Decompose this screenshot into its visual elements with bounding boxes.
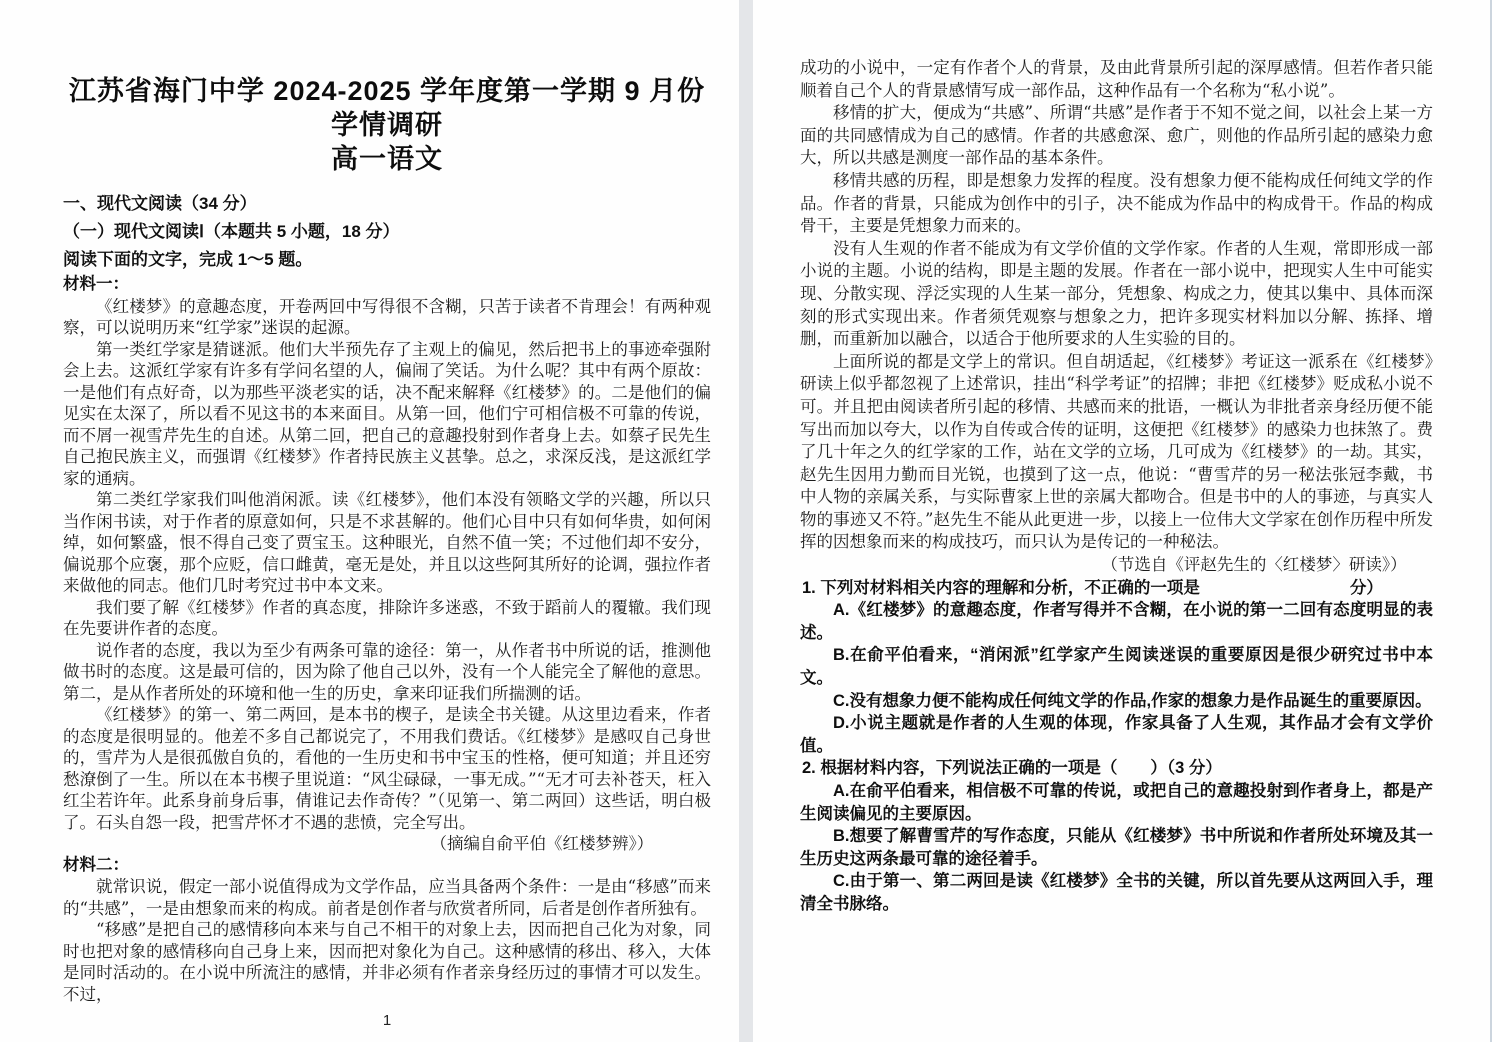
question-option: B.在俞平伯看来，“消闲派”红学家产生阅读迷误的重要原因是很少研究过书中本文。 — [800, 644, 1433, 689]
question-1-stem-text: 1. 下列对材料相关内容的理解和分析，不正确的一项是 — [802, 579, 1200, 597]
section-heading: 一、现代文阅读（34 分） — [63, 190, 711, 218]
material-1-paragraph: 第二类红学家我们叫他消闲派。读《红楼梦》，他们本没有领略文学的兴趣，所以只当作闲… — [63, 489, 711, 597]
material-2-paragraph: 移情的扩大，便成为“共感”、所谓“共感”是作者于不知不觉之间，以社会上某一方面的… — [800, 102, 1433, 170]
material-2-paragraph: 就常识说，假定一部小说值得成为文学作品，应当具备两个条件：一是由“移感”而来的“… — [63, 876, 711, 919]
reading-instruction: 阅读下面的文字，完成 1～5 题。 — [63, 246, 711, 274]
question-2: 2. 根据材料内容，下列说法正确的一项是（ ）（3 分） A.在俞平伯看来，相信… — [800, 757, 1433, 915]
question-1-stem-suffix: 分） — [1350, 579, 1383, 597]
question-option: A.《红楼梦》的意趣态度，作者写得并不含糊，在小说的第一二回有态度明显的表述。 — [800, 599, 1433, 644]
page-number: 1 — [63, 1011, 711, 1031]
question-option: C.没有想象力便不能构成任何纯文学的作品,作家的想象力是作品诞生的重要原因。 — [800, 690, 1433, 713]
exam-title-line2: 高一语文 — [63, 142, 711, 176]
question-1: 1. 下列对材料相关内容的理解和分析，不正确的一项是分） A.《红楼梦》的意趣态… — [800, 577, 1433, 758]
page-divider — [739, 0, 753, 1042]
material-1-paragraph: 《红楼梦》的第一、第二两回，是本书的楔子，是读全书关键。从这里边看来，作者的态度… — [63, 704, 711, 833]
material-2-paragraph: 上面所说的都是文学上的常识。但自胡适起，《红楼梦》考证这一派系在《红楼梦》研读上… — [800, 351, 1433, 554]
subsection-heading: （一）现代文阅读Ⅰ（本题共 5 小题，18 分） — [63, 218, 711, 246]
question-2-stem: 2. 根据材料内容，下列说法正确的一项是（ ）（3 分） — [800, 757, 1433, 780]
exam-title-line1: 江苏省海门中学 2024-2025 学年度第一学期 9 月份学情调研 — [63, 74, 711, 142]
question-option: C.由于第一、第二两回是读《红楼梦》全书的关键，所以首先要从这两回入手，理清全书… — [800, 870, 1433, 915]
question-option: B.想要了解曹雪芹的写作态度，只能从《红楼梦》书中所说和作者所处环境及其一生历史… — [800, 825, 1433, 870]
material-2-citation: （节选自《评赵先生的〈红楼梦〉研读》） — [800, 554, 1433, 577]
page-right-edge-line — [1490, 0, 1492, 1042]
material-1-paragraph: 第一类红学家是猜谜派。他们大半预先存了主观上的偏见，然后把书上的事迹牵强附会上去… — [63, 339, 711, 490]
material-2-continued-paragraph: 成功的小说中，一定有作者个人的背景，及由此背景所引起的深厚感情。但若作者只能顺着… — [800, 57, 1433, 102]
page-2: 成功的小说中，一定有作者个人的背景，及由此背景所引起的深厚感情。但若作者只能顺着… — [753, 0, 1491, 1042]
scanned-exam-document: { "doc": { "title_line1": "江苏省海门中学 2024-… — [0, 0, 1496, 1042]
material-2-paragraph: 没有人生观的作者不能成为有文学价值的文学作家。作者的人生观，常即形成一部小说的主… — [800, 238, 1433, 351]
material-2-paragraph: 移情共感的历程，即是想象力发挥的程度。没有想象力便不能构成任何纯文学的作品。作者… — [800, 170, 1433, 238]
question-option: A.在俞平伯看来，相信极不可靠的传说，或把自己的意趣投射到作者身上，都是产生阅读… — [800, 780, 1433, 825]
material-2-label: 材料二： — [63, 855, 711, 877]
material-2-paragraph: “移感”是把自己的感情移向本来与自己不相干的对象上去，因而把自己化为对象，同时也… — [63, 919, 711, 1005]
material-1-paragraph: 我们要了解《红楼梦》作者的真态度，排除许多迷惑，不致于蹈前人的覆辙。我们现在先要… — [63, 597, 711, 640]
material-1-paragraph: 说作者的态度，我以为至少有两条可靠的途径：第一，从作者书中所说的话，推测他做书时… — [63, 640, 711, 705]
material-1-label: 材料一： — [63, 274, 711, 296]
material-1-citation: （摘编自俞平伯《红楼梦辨》） — [63, 833, 711, 855]
question-option: D.小说主题就是作者的人生观的体现，作家具备了人生观，其作品才会有文学价值。 — [800, 712, 1433, 757]
material-1-paragraph: 《红楼梦》的意趣态度，开卷两回中写得很不含糊，只苦于读者不肯理会！有两种观察，可… — [63, 296, 711, 339]
page-1: 江苏省海门中学 2024-2025 学年度第一学期 9 月份学情调研 高一语文 … — [0, 0, 739, 1042]
question-1-stem: 1. 下列对材料相关内容的理解和分析，不正确的一项是分） — [800, 577, 1433, 600]
